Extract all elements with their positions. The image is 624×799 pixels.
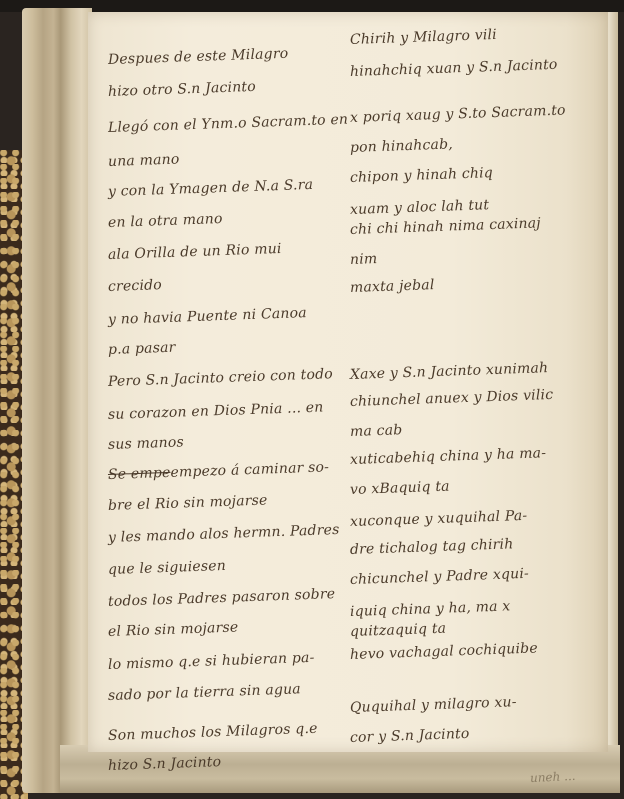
manuscript-line: p.a pasar bbox=[108, 340, 176, 358]
manuscript-line: xuam y aloc lah tut bbox=[350, 197, 490, 218]
manuscript-line: hizo otro S.n Jacinto bbox=[108, 79, 256, 100]
manuscript-line: hevo vachagal cochiquibe bbox=[350, 640, 538, 663]
manuscript-line: Xaxe y S.n Jacinto xunimah bbox=[350, 360, 549, 383]
manuscript-line: todos los Padres pasaron sobre bbox=[108, 586, 336, 610]
manuscript-line: nim bbox=[350, 251, 378, 268]
manuscript-line: crecido bbox=[108, 277, 162, 295]
manuscript-line: chicunchel y Padre xqui- bbox=[350, 566, 530, 588]
manuscript-line: chiunchel anuex y Dios vilic bbox=[350, 387, 554, 410]
manuscript-line: Se empeempezo á caminar so- bbox=[108, 459, 330, 483]
manuscript-line: bre el Rio sin mojarse bbox=[108, 492, 268, 514]
manuscript-line: y con la Ymagen de N.a S.ra bbox=[108, 177, 314, 200]
manuscript-line: x poriq xaug y S.to Sacram.to bbox=[350, 102, 566, 126]
manuscript-line: en la otra mano bbox=[108, 211, 223, 231]
manuscript-line: cor y S.n Jacinto bbox=[350, 726, 470, 746]
manuscript-line: el Rio sin mojarse bbox=[108, 619, 239, 640]
manuscript-line: maxta jebal bbox=[350, 277, 435, 296]
manuscript-line: dre tichalog tag chirih bbox=[350, 536, 514, 558]
manuscript-line: ma cab bbox=[350, 422, 403, 440]
manuscript-line: Ququihal y milagro xu- bbox=[350, 694, 517, 716]
manuscript-line: Pero S.n Jacinto creio con todo bbox=[108, 366, 333, 390]
manuscript-line: sado por la tierra sin agua bbox=[108, 681, 301, 704]
page-stack-edges bbox=[22, 8, 92, 793]
manuscript-line: pon hinahcab, bbox=[350, 136, 453, 156]
manuscript-line: sus manos bbox=[108, 434, 184, 453]
manuscript-line: y les mando alos hermn. Padres bbox=[108, 522, 340, 546]
manuscript-line: chipon y hinah chiq bbox=[350, 165, 493, 186]
manuscript-line: iquiq china y ha, ma x bbox=[350, 598, 511, 620]
footer-stamp: uneh ... bbox=[530, 769, 576, 785]
scan-background-top bbox=[0, 0, 624, 12]
manuscript-line: Son muchos los Milagros q.e bbox=[108, 721, 318, 744]
manuscript-line: hinahchiq xuan y S.n Jacinto bbox=[350, 57, 558, 80]
manuscript-line: que le siguiesen bbox=[108, 558, 227, 578]
manuscript-line: ala Orilla de un Rio mui bbox=[108, 241, 282, 263]
struck-text: Se empe bbox=[108, 465, 171, 483]
manuscript-line: una mano bbox=[108, 152, 180, 170]
manuscript-line: Chirih y Milagro vili bbox=[350, 27, 497, 48]
manuscript-line: Llegó con el Ynm.o Sacram.to en bbox=[108, 112, 349, 136]
manuscript-line: Despues de este Milagro bbox=[108, 46, 289, 68]
manuscript-line: quitzaquiq ta bbox=[350, 621, 447, 640]
manuscript-page: Despues de este Milagrohizo otro S.n Jac… bbox=[88, 12, 608, 752]
manuscript-line: lo mismo q.e si hubieran pa- bbox=[108, 650, 315, 673]
manuscript-line: su corazon en Dios Pnia ... en bbox=[108, 399, 324, 423]
manuscript-line: chi chi hinah nima caxinaj bbox=[350, 215, 541, 238]
manuscript-line: y no havia Puente ni Canoa bbox=[108, 305, 307, 328]
manuscript-line: xuticabehiq china y ha ma- bbox=[350, 445, 547, 468]
manuscript-line: xuconque y xuquihal Pa- bbox=[350, 508, 528, 530]
manuscript-line: vo xBaquiq ta bbox=[350, 479, 450, 498]
